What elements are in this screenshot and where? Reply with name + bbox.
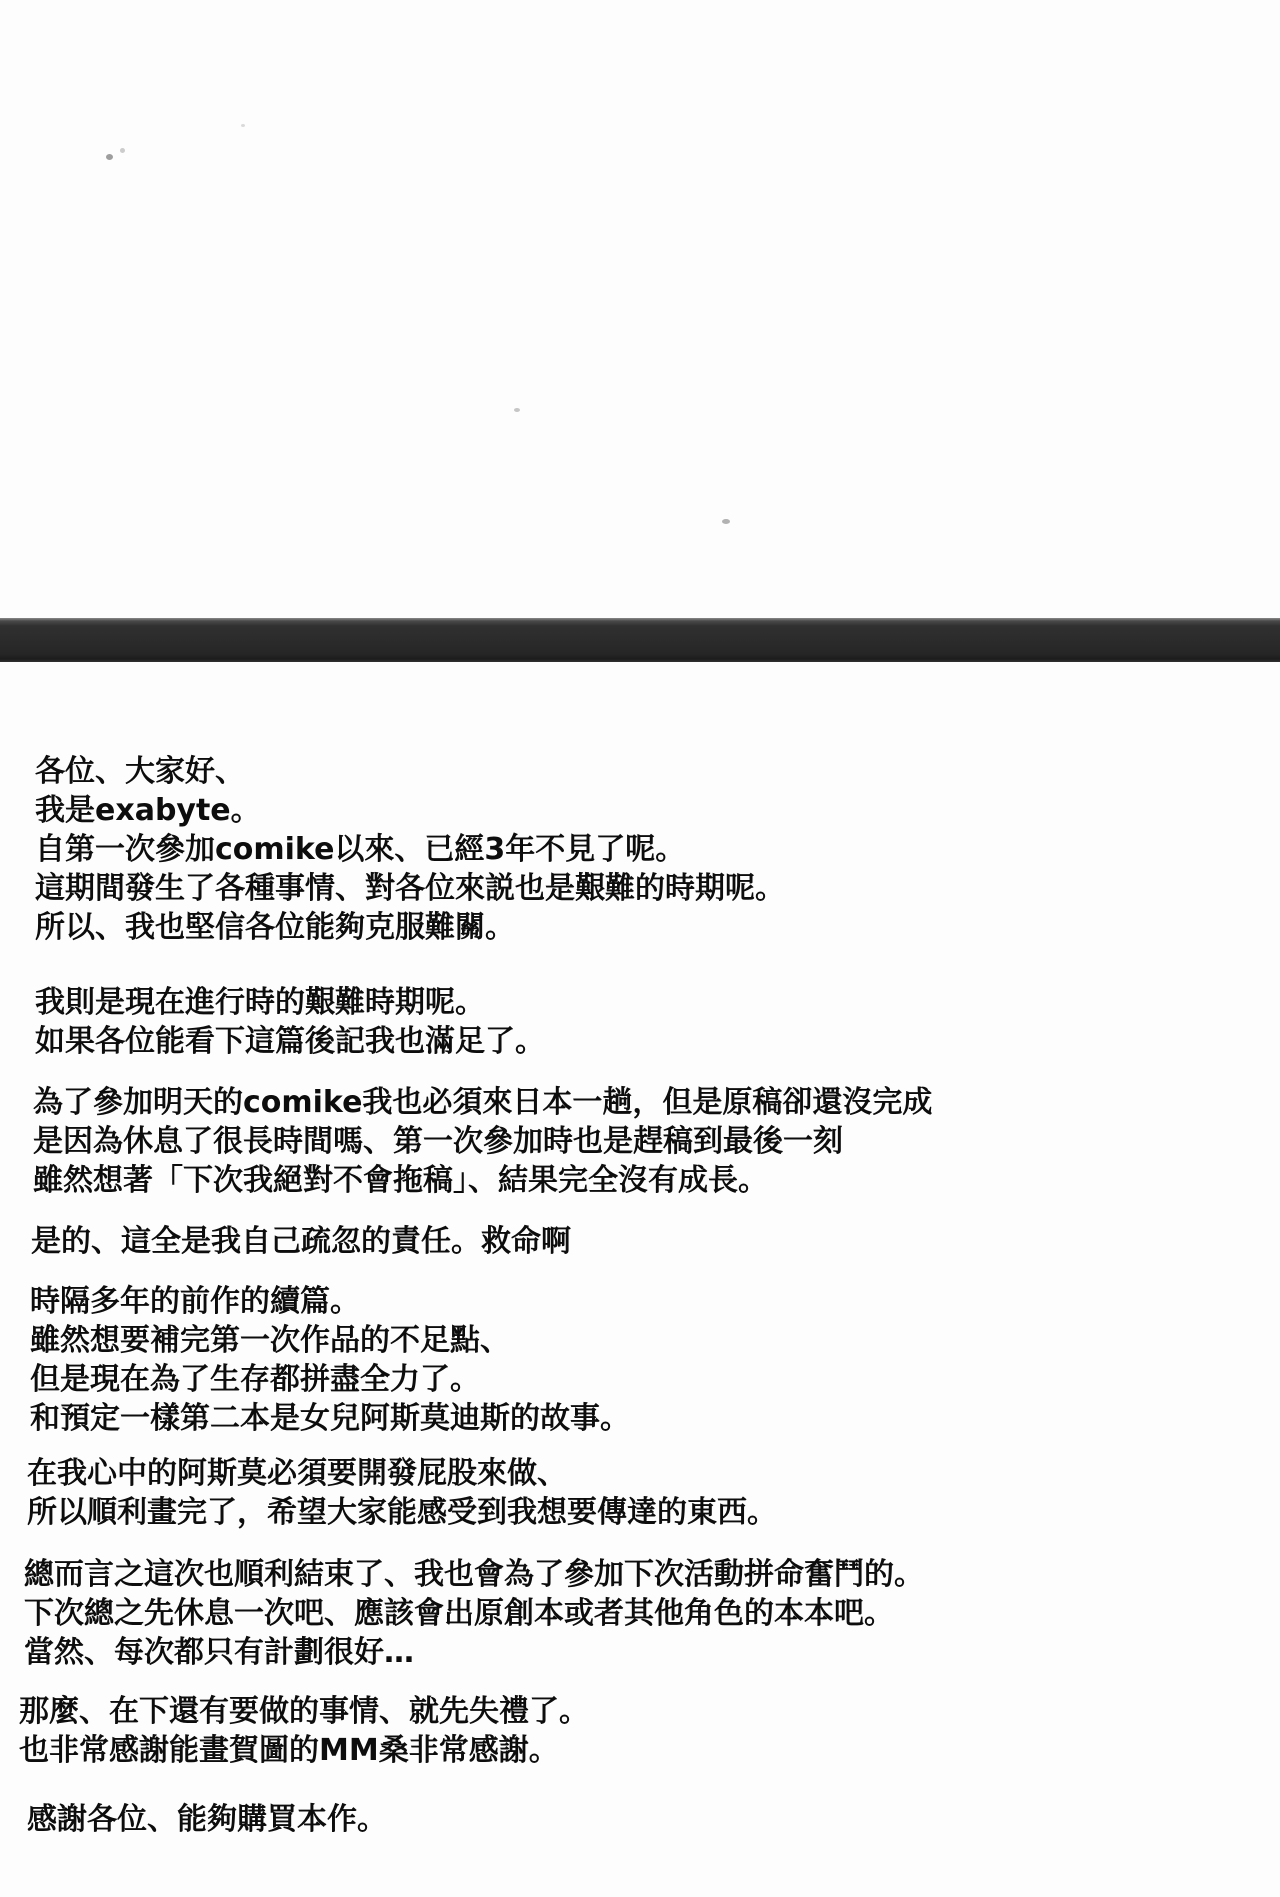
text-line: 當然、每次都只有計劃很好…	[24, 1633, 1280, 1672]
text-line: 為了參加明天的comike我也必須來日本一趟，但是原稿卻還沒完成	[33, 1083, 1280, 1122]
text-line: 這期間發生了各種事情、對各位來説也是艱難的時期呢。	[35, 869, 1280, 908]
text-line: 在我心中的阿斯莫必須要開發屁股來做、	[27, 1454, 1280, 1493]
scan-speck	[120, 148, 125, 153]
paragraph: 為了參加明天的comike我也必須來日本一趟，但是原稿卻還沒完成是因為休息了很長…	[0, 1083, 1280, 1200]
text-line: 如果各位能看下這篇後記我也滿足了。	[35, 1022, 1280, 1061]
text-line: 也非常感謝能畫賀圖的MM桑非常感謝。	[19, 1731, 1280, 1770]
paragraph: 我則是現在進行時的艱難時期呢。如果各位能看下這篇後記我也滿足了。	[0, 983, 1280, 1061]
divider-bar	[0, 618, 1280, 662]
scan-speck	[514, 408, 520, 412]
scan-speck	[722, 519, 730, 524]
text-line: 所以、我也堅信各位能夠克服難關。	[35, 908, 1280, 947]
text-line: 但是現在為了生存都拼盡全力了。	[30, 1360, 1280, 1399]
text-line: 自第一次參加comike以來、已經3年不見了呢。	[35, 830, 1280, 869]
text-line: 我是exabyte。	[35, 791, 1280, 830]
paragraph: 總而言之這次也順利結束了、我也會為了參加下次活動拼命奮鬥的。下次總之先休息一次吧…	[0, 1555, 1280, 1672]
text-line: 是因為休息了很長時間嗎、第一次參加時也是趕稿到最後一刻	[33, 1122, 1280, 1161]
text-line: 總而言之這次也順利結束了、我也會為了參加下次活動拼命奮鬥的。	[24, 1555, 1280, 1594]
paragraph: 感謝各位、能夠購買本作。	[0, 1800, 1280, 1839]
afterword-text: 各位、大家好、我是exabyte。自第一次參加comike以來、已經3年不見了呢…	[0, 752, 1280, 1839]
text-line: 雖然想著「下次我絕對不會拖稿」、結果完全沒有成長。	[33, 1161, 1280, 1200]
scan-speck	[241, 124, 245, 127]
text-line: 雖然想要補完第一次作品的不足點、	[30, 1321, 1280, 1360]
paragraph: 那麼、在下還有要做的事情、就先失禮了。也非常感謝能畫賀圖的MM桑非常感謝。	[0, 1692, 1280, 1770]
text-line: 下次總之先休息一次吧、應該會出原創本或者其他角色的本本吧。	[24, 1594, 1280, 1633]
text-line: 所以順利畫完了，希望大家能感受到我想要傳達的東西。	[27, 1493, 1280, 1532]
text-line: 我則是現在進行時的艱難時期呢。	[35, 983, 1280, 1022]
text-line: 和預定一樣第二本是女兒阿斯莫迪斯的故事。	[30, 1399, 1280, 1438]
text-line: 那麼、在下還有要做的事情、就先失禮了。	[19, 1692, 1280, 1731]
text-line: 感謝各位、能夠購買本作。	[27, 1800, 1280, 1839]
paragraph: 時隔多年的前作的續篇。雖然想要補完第一次作品的不足點、但是現在為了生存都拼盡全力…	[0, 1282, 1280, 1438]
paragraph: 在我心中的阿斯莫必須要開發屁股來做、所以順利畫完了，希望大家能感受到我想要傳達的…	[0, 1454, 1280, 1532]
scanned-page: 各位、大家好、我是exabyte。自第一次參加comike以來、已經3年不見了呢…	[0, 0, 1280, 1897]
text-line: 是的、這全是我自己疏忽的責任。救命啊	[31, 1222, 1280, 1261]
text-line: 各位、大家好、	[35, 752, 1280, 791]
text-line: 時隔多年的前作的續篇。	[30, 1282, 1280, 1321]
paragraph: 各位、大家好、我是exabyte。自第一次參加comike以來、已經3年不見了呢…	[0, 752, 1280, 947]
scan-speck	[106, 154, 113, 160]
paragraph: 是的、這全是我自己疏忽的責任。救命啊	[0, 1222, 1280, 1261]
